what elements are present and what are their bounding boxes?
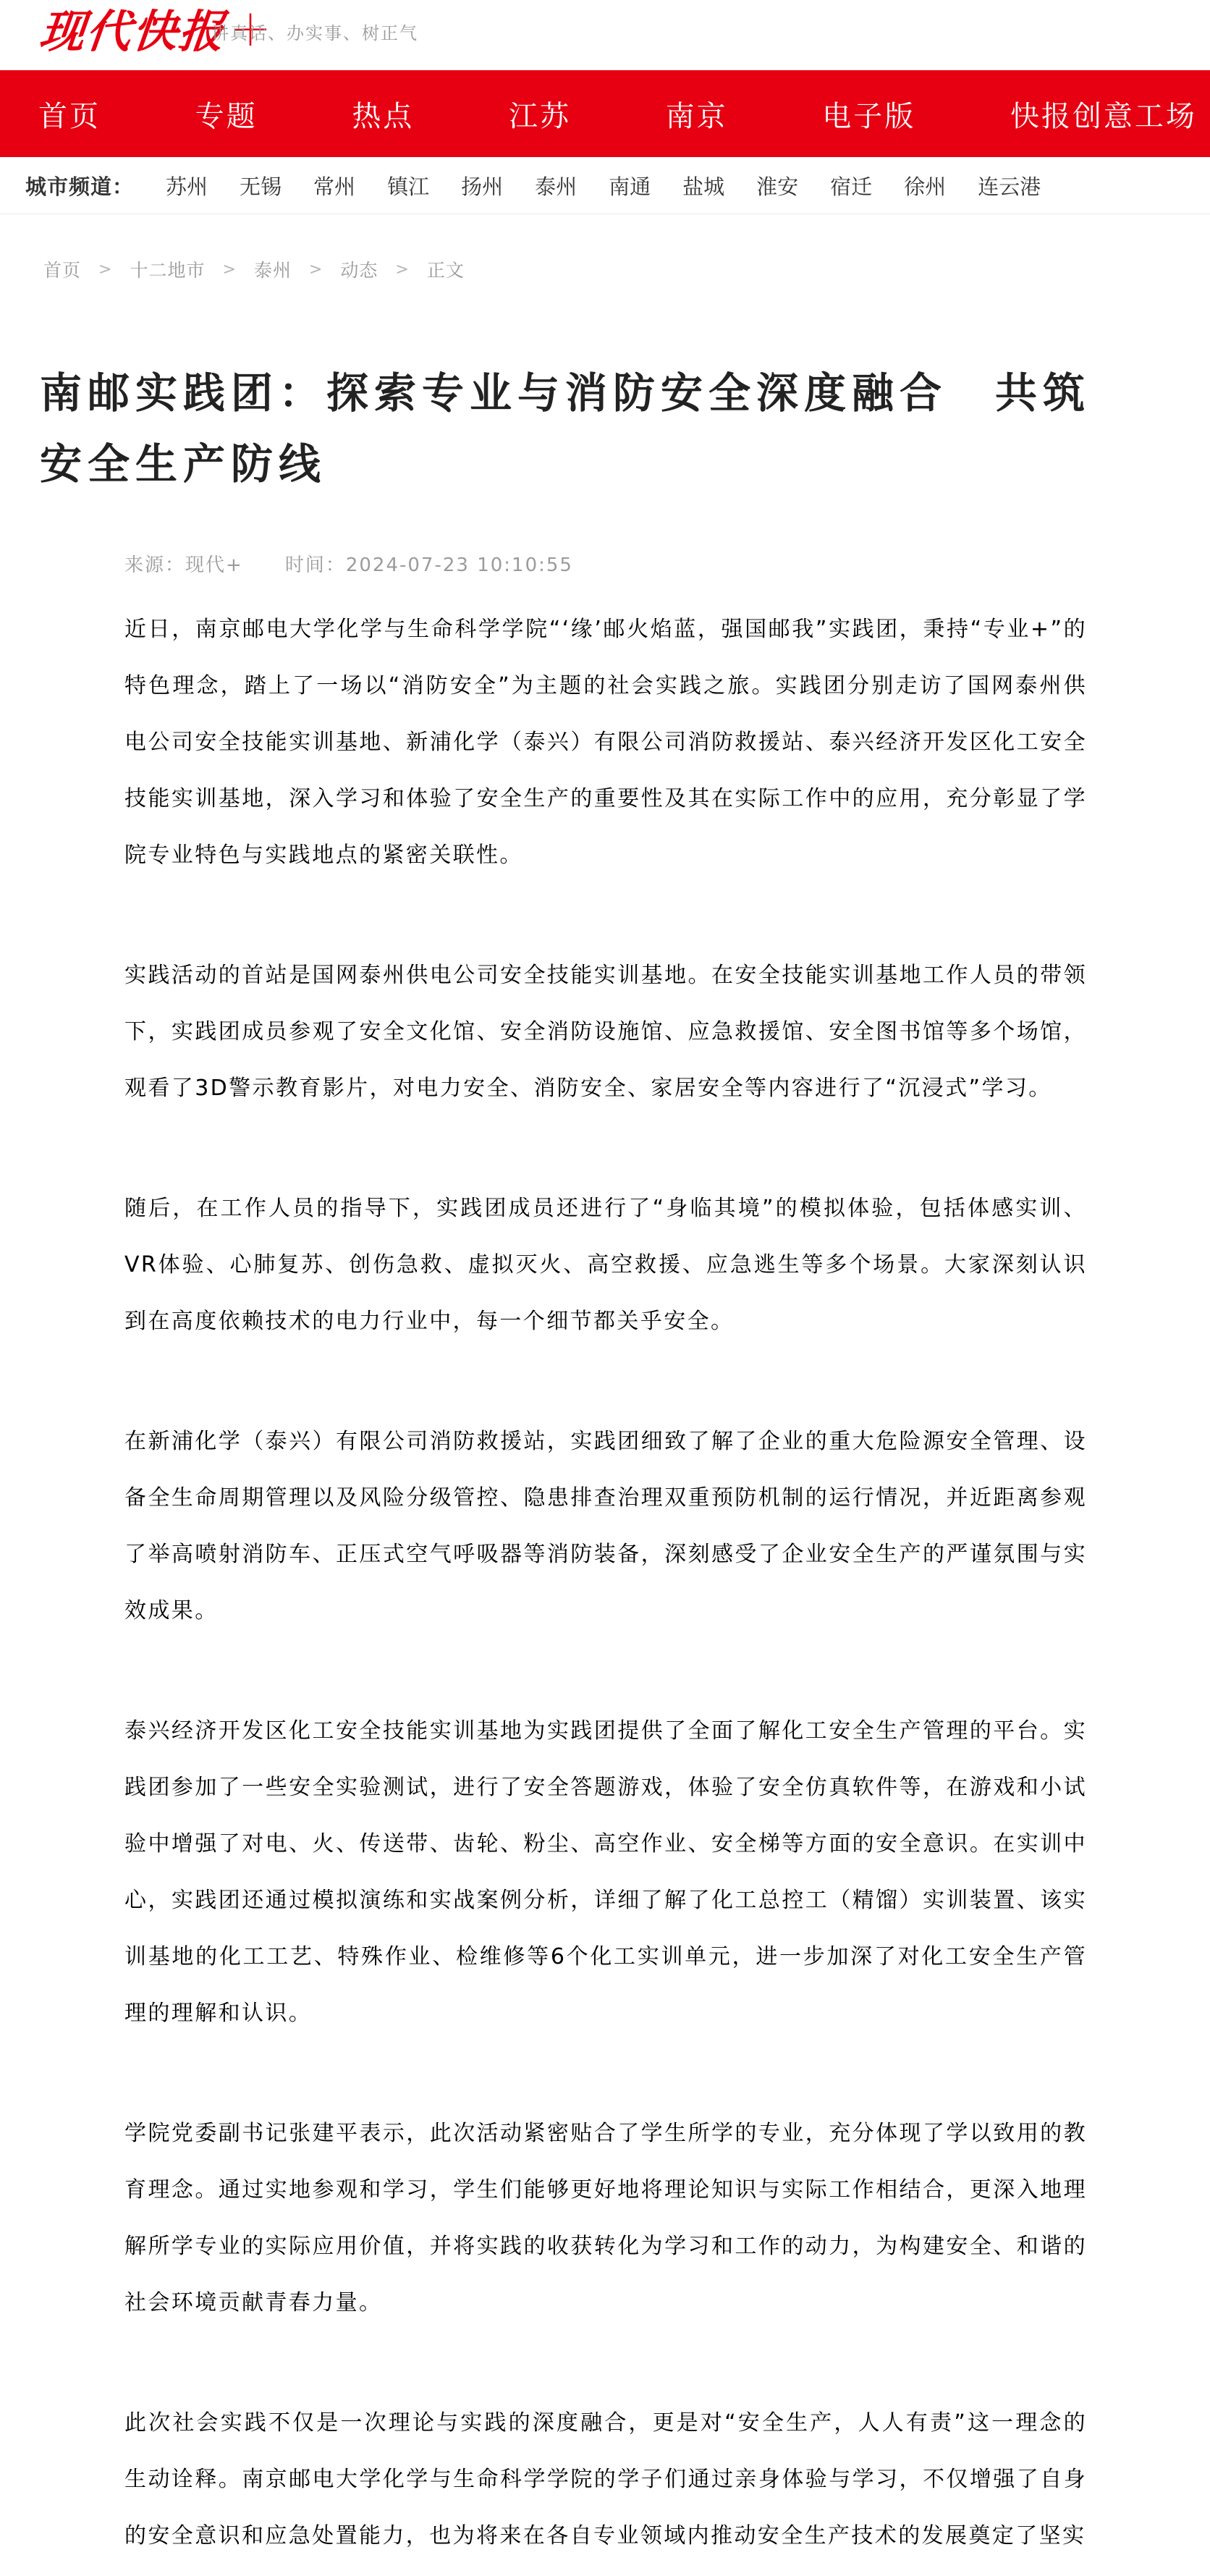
- nav-item-home[interactable]: 首页: [38, 93, 101, 135]
- breadcrumb: 首页 > 十二地市 > 泰州 > 动态 > 正文: [43, 256, 1210, 282]
- paragraph-1: 近日，南京邮电大学化学与生命科学学院“‘缘’邮火焰蓝，强国邮我”实践团，秉持“专…: [124, 601, 1087, 884]
- breadcrumb-current-article: 正文: [427, 256, 465, 282]
- city-link-suzhou[interactable]: 苏州: [166, 171, 208, 200]
- city-link-zhenjiang[interactable]: 镇江: [387, 171, 429, 200]
- paragraph-6: 学院党委副书记张建平表示，此次活动紧密贴合了学生所学的专业，充分体现了学以致用的…: [124, 2106, 1087, 2331]
- city-link-nantong[interactable]: 南通: [609, 171, 651, 200]
- breadcrumb-dynamics[interactable]: 动态: [340, 256, 378, 282]
- city-channel-label: 城市频道：: [25, 171, 134, 200]
- nav-item-nanjing[interactable]: 南京: [666, 93, 728, 135]
- source-label: 来源：: [124, 554, 185, 576]
- article-meta: 来源：现代+时间：2024-07-23 10:10:55: [124, 550, 1210, 577]
- paragraph-2: 实践活动的首站是国网泰州供电公司安全技能实训基地。在安全技能实训基地工作人员的带…: [124, 947, 1087, 1117]
- city-link-changzhou[interactable]: 常州: [313, 171, 355, 200]
- city-link-yancheng[interactable]: 盐城: [682, 171, 724, 200]
- source-value: 现代+: [185, 554, 243, 576]
- city-link-lianyungang[interactable]: 连云港: [978, 171, 1041, 200]
- paragraph-7: 此次社会实践不仅是一次理论与实践的深度融合，更是对“安全生产，人人有责”这一理念…: [124, 2395, 1087, 2564]
- site-header: 现代快报 ＋ 讲真话、办实事、树正气: [0, 0, 1210, 70]
- time-label: 时间：: [285, 554, 346, 576]
- nav-item-jiangsu[interactable]: 江苏: [509, 93, 571, 135]
- breadcrumb-separator-icon: >: [98, 261, 112, 279]
- nav-item-epaper[interactable]: 电子版: [822, 93, 915, 135]
- city-link-wuxi[interactable]: 无锡: [240, 171, 282, 200]
- article: 南邮实践团：探索专业与消防安全深度融合 共筑安全生产防线 来源：现代+时间：20…: [0, 358, 1210, 2564]
- city-link-taizhou[interactable]: 泰州: [535, 171, 577, 200]
- paragraph-5: 泰兴经济开发区化工安全技能实训基地为实践团提供了全面了解化工安全生产管理的平台。…: [124, 1703, 1087, 2042]
- breadcrumb-separator-icon: >: [222, 261, 236, 279]
- logo-text: 现代快报: [37, 6, 228, 57]
- breadcrumb-twelve-cities[interactable]: 十二地市: [130, 256, 205, 282]
- city-link-yangzhou[interactable]: 扬州: [461, 171, 503, 200]
- nav-item-creative-workshop[interactable]: 快报创意工场: [1010, 93, 1197, 135]
- city-link-suqian[interactable]: 宿迁: [830, 171, 872, 200]
- breadcrumb-separator-icon: >: [395, 261, 409, 279]
- breadcrumb-taizhou[interactable]: 泰州: [254, 256, 292, 282]
- breadcrumb-home[interactable]: 首页: [43, 256, 81, 282]
- brand-slogan: 讲真话、办实事、树正气: [211, 19, 418, 44]
- article-body: 近日，南京邮电大学化学与生命科学学院“‘缘’邮火焰蓝，强国邮我”实践团，秉持“专…: [124, 601, 1087, 2564]
- city-link-huaian[interactable]: 淮安: [756, 171, 798, 200]
- city-channel-bar: 城市频道： 苏州 无锡 常州 镇江 扬州 泰州 南通 盐城 淮安 宿迁 徐州 连…: [0, 157, 1210, 214]
- paragraph-3: 随后，在工作人员的指导下，实践团成员还进行了“身临其境”的模拟体验，包括体感实训…: [124, 1181, 1087, 1350]
- city-link-xuzhou[interactable]: 徐州: [904, 171, 946, 200]
- breadcrumb-separator-icon: >: [309, 261, 323, 279]
- time-value: 2024-07-23 10:10:55: [346, 554, 573, 576]
- nav-item-hotspots[interactable]: 热点: [352, 93, 414, 135]
- nav-item-topics[interactable]: 专题: [195, 93, 258, 135]
- article-title: 南邮实践团：探索专业与消防安全深度融合 共筑安全生产防线: [40, 358, 1104, 499]
- paragraph-4: 在新浦化学（泰兴）有限公司消防救援站，实践团细致了解了企业的重大危险源安全管理、…: [124, 1414, 1087, 1639]
- main-nav: 首页 专题 热点 江苏 南京 电子版 快报创意工场: [0, 70, 1210, 157]
